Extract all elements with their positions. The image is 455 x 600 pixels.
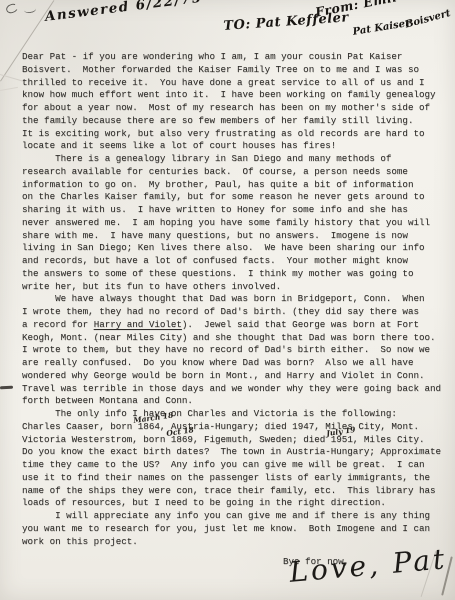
letter-paragraph: We have always thought that Dad was born…	[22, 293, 446, 408]
letter-paragraph: The only info I have on Charles and Vict…	[22, 408, 446, 510]
letter-paragraph: There is a genealogy library in San Dieg…	[22, 153, 446, 293]
annotation-sender-name: Pat Kaiser	[352, 18, 411, 38]
letter-page: Answered 6/22/75 TO: Pat Keffeler From: …	[0, 0, 455, 600]
annotation-sender-surname: Boisvert	[404, 8, 452, 31]
underlined-text: Harry and Violet	[94, 319, 182, 330]
margin-pen-dash	[0, 386, 13, 390]
annotation-answered-date: Answered 6/22/75	[44, 0, 204, 25]
handwritten-date-annotation: March 18	[133, 411, 174, 425]
letter-paragraph: I will appreciate any info you can give …	[22, 510, 446, 548]
paper-crease	[0, 87, 18, 91]
annotated-year: 1864March 18	[138, 421, 160, 432]
handwritten-date-annotation: Oct 18	[166, 426, 194, 438]
letter-paragraph: Dear Pat - if you are wondering who I am…	[22, 51, 446, 153]
paper-crease	[0, 74, 23, 82]
annotated-year: 1869Oct 18	[171, 434, 193, 445]
handwritten-date-annotation: July 19	[326, 426, 356, 438]
annotated-year: 1951July 19	[331, 434, 353, 445]
letter-body: Dear Pat - if you are wondering who I am…	[22, 51, 446, 548]
